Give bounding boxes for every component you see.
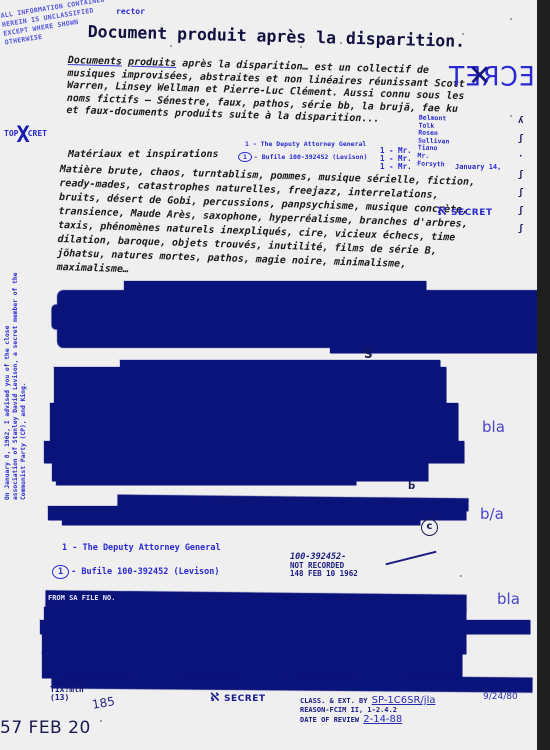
secret-stamp-small: ℵSECRET <box>437 204 492 218</box>
review-label: DATE OF REVIEW <box>300 716 359 724</box>
not-recorded-stamp: 100-392452- NOT RECORDED 148 FEB 10 1962 <box>290 553 358 579</box>
margin-mark: ʃ <box>518 130 532 148</box>
intro-paragraph: Documents produits après la disparition…… <box>66 55 468 129</box>
handwritten-note: bla <box>482 418 505 436</box>
date-stamp: 57 FEB 20 <box>0 718 91 738</box>
bufile-text: - Bufile 100-392452 (Levison) <box>71 567 219 577</box>
margin-mark: ʃ <box>518 220 532 238</box>
mr-distribution-stamp: 1 - Mr. 1 - Mr. 1 - Mr. <box>380 147 412 171</box>
deputy-attorney-stamp-small: 1 - The Deputy Attorney General <box>245 140 366 148</box>
bufile-stamp-small: 1- Bufile 100-392452 (Levison) <box>238 152 367 162</box>
intro-text: après la disparition… est un collectif d… <box>66 58 465 125</box>
deputy-attorney-stamp: 1 - The Deputy Attorney General <box>62 543 221 553</box>
stamp-smudge-icon: ℵ <box>437 204 447 218</box>
page-title: Document produit après la disparition. <box>88 22 466 51</box>
circled-number: 1 <box>52 565 69 579</box>
margin-mark: ʃ <box>518 166 532 184</box>
margin-mark-s: S <box>364 347 373 361</box>
redaction-leak-text: FROM SA FILE NO. <box>48 594 115 602</box>
name-line: Forsyth <box>417 160 449 169</box>
materials-heading: Matériaux et inspirations <box>68 149 219 160</box>
classification-date: 9/24/80 <box>483 692 518 702</box>
margin-mark-c: c <box>421 519 438 536</box>
director-stamp: rector <box>116 7 145 16</box>
materials-paragraph: Matière brute, chaos, turntablism, pomme… <box>56 163 479 288</box>
names-stamp: Belmont Tolk Rosen Sullivan Tiano Mr. Fo… <box>417 114 450 168</box>
intro-underlined-word: Documents <box>68 55 122 68</box>
margin-mark: ʎ <box>518 112 532 130</box>
secret-stamp-bottom-text: SECRET <box>224 694 265 704</box>
classification-by: SP-1C6SR/jla <box>372 695 436 706</box>
side-note-line: Communist Party (CP), and King. <box>20 250 28 500</box>
margin-mark-b: b <box>408 481 415 492</box>
secret-stamp-small-text: SECRET <box>451 208 492 218</box>
arrow-icon <box>386 551 437 566</box>
handwritten-number: 185 <box>91 694 116 712</box>
circled-number: 1 <box>238 152 252 162</box>
top-secret-stamp: TOPXCRET <box>4 123 47 148</box>
classification-stamp: CLASS. & EXT. BY SP-1C6SR/jla REASON-FCI… <box>300 696 435 725</box>
typist-initials: TIX:mth (13) <box>50 686 84 702</box>
cross-out-mark-icon: ✕ <box>468 58 492 93</box>
scanned-document-page: ALL INFORMATION CONTAINED HEREIN IS UNCL… <box>0 0 537 750</box>
secret-stamp-text: SECRET <box>448 61 537 91</box>
secret-stamp: SECRET ✕ <box>448 61 537 91</box>
review-date: 2-14-88 <box>363 714 402 725</box>
not-recorded-line: 148 FEB 10 1962 <box>290 570 358 579</box>
mr-line: 1 - Mr. <box>380 163 412 171</box>
bufile-text: - Bufile 100-392452 (Levison) <box>254 153 368 161</box>
handwritten-note: b/a <box>480 505 504 523</box>
top-secret-right: CRET <box>28 129 47 138</box>
margin-mark: ʃ <box>518 202 532 220</box>
initials-line: (13) <box>50 694 84 702</box>
handwritten-note: bla <box>497 590 520 608</box>
secret-stamp-bottom: ℵSECRET <box>210 690 265 704</box>
date-fragment-stamp: January 14, <box>455 163 501 171</box>
margin-marks: ʎ ʃ · ʃ ʃ ʃ ʃ <box>518 112 532 238</box>
classification-label: CLASS. & EXT. BY <box>300 697 367 705</box>
margin-mark: ʃ <box>518 184 532 202</box>
margin-mark: · <box>518 148 532 166</box>
side-note-line: On January 8, 1962, I advised you of the… <box>4 250 12 500</box>
intro-underlined-word: produits <box>128 57 176 69</box>
stamp-smudge-icon: ℵ <box>210 690 220 704</box>
bufile-stamp: 1- Bufile 100-392452 (Levison) <box>52 565 220 579</box>
